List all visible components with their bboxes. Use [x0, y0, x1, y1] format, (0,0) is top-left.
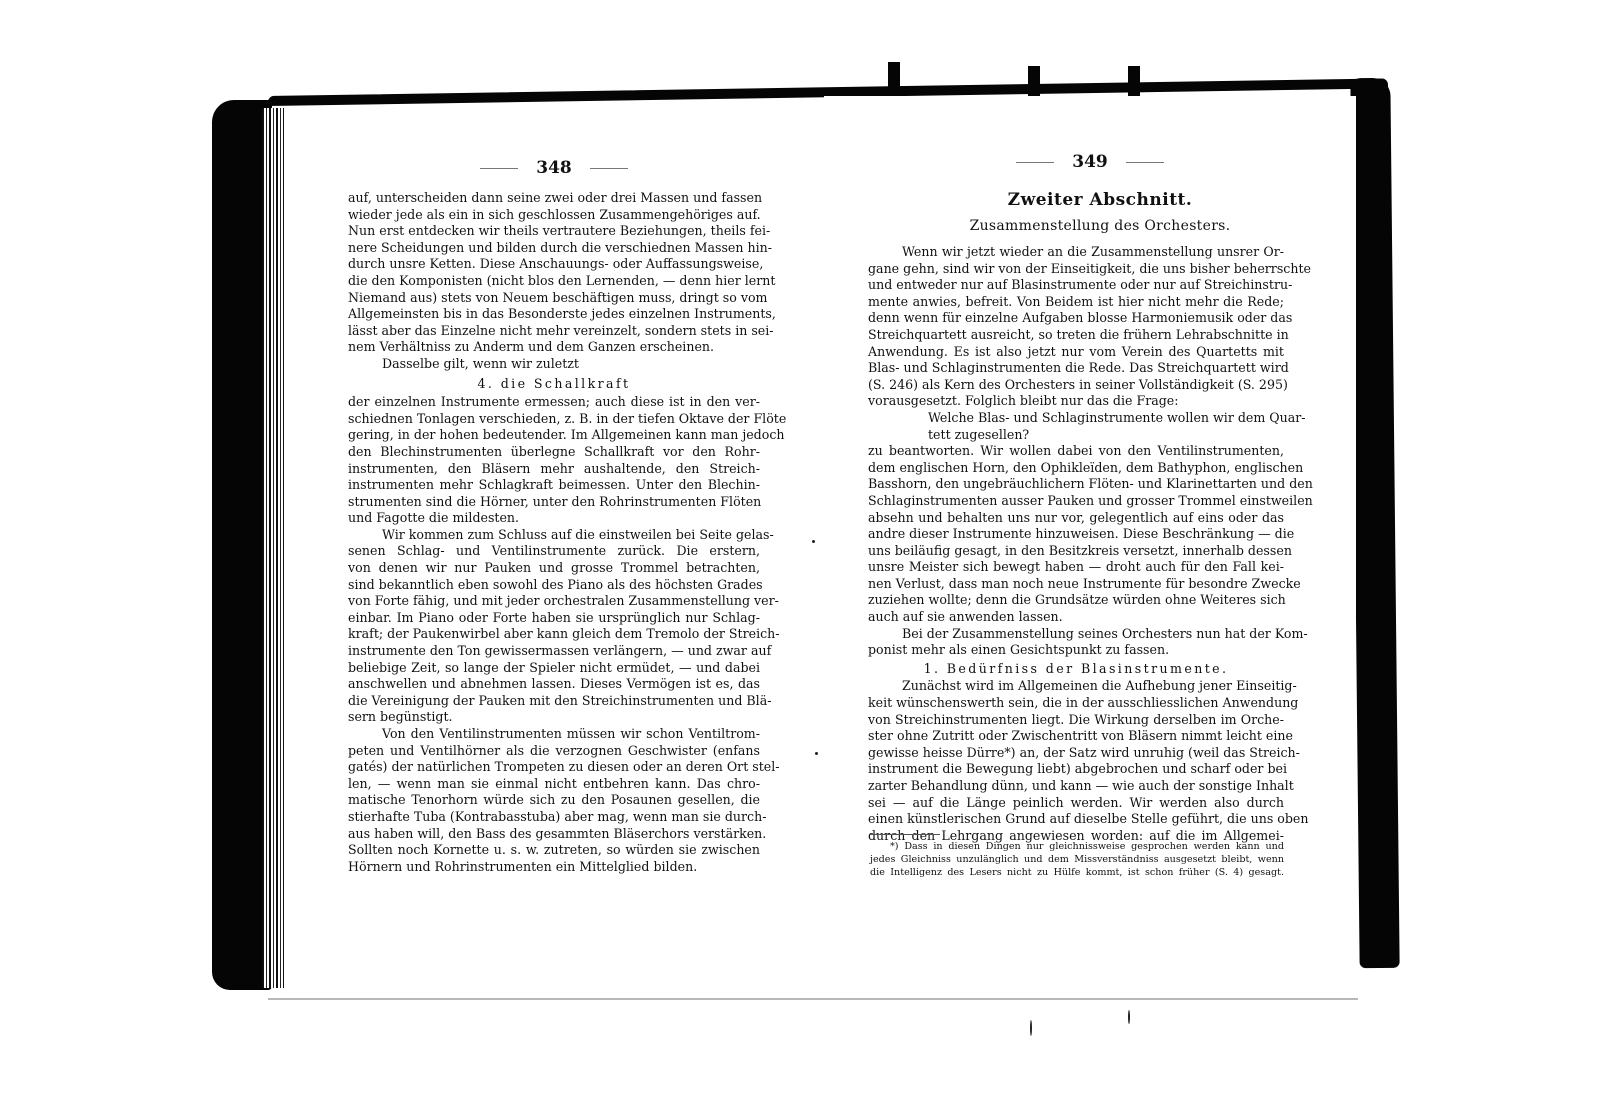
text-line: durch unsre Ketten. Diese Anschauungs- o… — [348, 256, 760, 273]
text-line: instrumenten mehr Schlagkraft beimessen.… — [348, 477, 760, 494]
text-line: instrumente den Ton gewissermassen verlä… — [348, 643, 760, 660]
left-page: 348 auf, unterscheiden dann seine zwei o… — [284, 110, 824, 998]
text-line: von denen wir nur Pauken und grosse Trom… — [348, 560, 760, 577]
footnote-line: *) Dass in diesen Dingen nur gleichnissw… — [870, 840, 1284, 853]
text-line: die Vereinigung der Pauken mit den Strei… — [348, 693, 760, 710]
text-line: nen Verlust, dass man noch neue Instrume… — [868, 576, 1284, 593]
paragraph: Bei der Zusammenstellung seines Orcheste… — [868, 626, 1284, 659]
text-line: dem englischen Horn, den Ophikleïden, de… — [868, 460, 1284, 477]
text-line: nem Verhältniss zu Anderm und dem Ganzen… — [348, 339, 760, 356]
text-line: absehn und behalten uns nur vor, gelegen… — [868, 510, 1284, 527]
text-line: (S. 246) als Kern des Orchesters in sein… — [868, 377, 1284, 394]
block-question: Welche Blas- und Schlaginstrumente wolle… — [868, 410, 1284, 443]
text-line: uns beiläufig gesagt, in den Besitzkreis… — [868, 543, 1284, 560]
paragraph: Zunächst wird im Allgemeinen die Aufhebu… — [868, 678, 1284, 844]
chapter-heading: Zweiter Abschnitt. — [834, 190, 1366, 210]
text-line: nere Scheidungen und bilden durch die ve… — [348, 240, 760, 257]
text-line: ster ohne Zutritt oder Zwischentritt von… — [868, 728, 1284, 745]
page-number: 348 — [284, 158, 824, 178]
text-line: zuziehen wollte; denn die Grundsätze wür… — [868, 592, 1284, 609]
right-page: 349 Zweiter Abschnitt. Zusammenstellung … — [824, 96, 1356, 966]
text-line: aus haben will, den Bass des gesammten B… — [348, 826, 760, 843]
text-line: den Blechinstrumenten überlegne Schallkr… — [348, 444, 760, 461]
text-line: und Fagotte die mildesten. — [348, 510, 760, 527]
text-line: vorausgesetzt. Folglich bleibt nur das d… — [868, 393, 1284, 410]
book-bottom-edge — [268, 998, 1358, 1000]
paragraph: Wir kommen zum Schluss auf die einstweil… — [348, 527, 760, 726]
text-line: mente anwies, befreit. Von Beidem ist hi… — [868, 294, 1284, 311]
text-line: auch auf sie anwenden lassen. — [868, 609, 1284, 626]
text-line: tett zugesellen? — [868, 427, 1284, 444]
paragraph: der einzelnen Instrumente ermessen; auch… — [348, 394, 760, 527]
text-line: auf, unterscheiden dann seine zwei oder … — [348, 190, 760, 207]
text-line: Blas- und Schlaginstrumenten die Rede. D… — [868, 360, 1284, 377]
text-line: Streichquartett ausreicht, so treten die… — [868, 327, 1284, 344]
text-line: Wenn wir jetzt wieder an die Zusammenste… — [868, 244, 1284, 261]
footnote: *) Dass in diesen Dingen nur gleichnissw… — [870, 840, 1284, 879]
page-edges-left — [262, 108, 284, 988]
section-heading: 4. die Schallkraft — [348, 376, 760, 393]
text-line: len, — wenn man sie einmal nicht entbehr… — [348, 776, 760, 793]
text-line: wieder jede als ein in sich geschlossen … — [348, 207, 760, 224]
text-line: einbar. Im Piano oder Forte haben sie ur… — [348, 610, 760, 627]
text-line: instrumenten, den Bläsern mehr aushalten… — [348, 461, 760, 478]
text-line: von Streichinstrumenten liegt. Die Wirku… — [868, 712, 1284, 729]
text-line: zarter Behandlung dünn, und kann — wie a… — [868, 778, 1284, 795]
text-line: Nun erst entdecken wir theils vertrauter… — [348, 223, 760, 240]
scan-speck — [1128, 1010, 1130, 1024]
paragraph: Wenn wir jetzt wieder an die Zusammenste… — [868, 244, 1284, 410]
text-line: Niemand aus) stets von Neuem beschäftige… — [348, 290, 760, 307]
text-line: Welche Blas- und Schlaginstrumente wolle… — [868, 410, 1284, 427]
page-number: 349 — [824, 152, 1356, 172]
text-line: beliebige Zeit, so lange der Spieler nic… — [348, 660, 760, 677]
paragraph: Von den Ventilinstrumenten müssen wir sc… — [348, 726, 760, 875]
text-line: die den Komponisten (nicht blos den Lern… — [348, 273, 760, 290]
text-line: ponist mehr als einen Gesichtspunkt zu f… — [868, 642, 1284, 659]
left-page-body: auf, unterscheiden dann seine zwei oder … — [348, 190, 760, 875]
text-line: schiednen Tonlagen verschieden, z. B. in… — [348, 411, 760, 428]
text-line: Schlaginstrumenten ausser Pauken und gro… — [868, 493, 1284, 510]
scan-speck — [1030, 1020, 1032, 1036]
text-line: lässt aber das Einzelne nicht mehr verei… — [348, 323, 760, 340]
text-line: Allgemeinsten bis in das Besonderste jed… — [348, 306, 760, 323]
text-line: Zunächst wird im Allgemeinen die Aufhebu… — [868, 678, 1284, 695]
book-cover-right — [1350, 78, 1399, 968]
text-line: instrument die Bewegung liebt) abgebroch… — [868, 761, 1284, 778]
text-line: Von den Ventilinstrumenten müssen wir sc… — [348, 726, 760, 743]
text-line: gering, in der hohen bedeutender. Im All… — [348, 427, 760, 444]
text-line: Basshorn, den ungebräuchlichern Flöten- … — [868, 476, 1284, 493]
text-line: unsre Meister sich bewegt haben — droht … — [868, 559, 1284, 576]
section-heading: 1. Bedürfniss der Blasinstrumente. — [868, 661, 1284, 678]
text-line: Wir kommen zum Schluss auf die einstweil… — [348, 527, 760, 544]
text-line: gane gehn, sind wir von der Einseitigkei… — [868, 261, 1284, 278]
text-line: und entweder nur auf Blasinstrumente ode… — [868, 277, 1284, 294]
text-line: Sollten noch Kornette u. s. w. zutreten,… — [348, 842, 760, 859]
text-line: peten und Ventilhörner als die verzognen… — [348, 743, 760, 760]
text-line: Anwendung. Es ist also jetzt nur vom Ver… — [868, 344, 1284, 361]
bookmark-tab — [888, 62, 900, 100]
text-line: andre dieser Instrumente hinzuweisen. Di… — [868, 526, 1284, 543]
text-line: senen Schlag- und Ventilinstrumente zurü… — [348, 543, 760, 560]
text-line: Hörnern und Rohrinstrumenten ein Mittelg… — [348, 859, 760, 876]
text-line: gewisse heisse Dürre*) an, der Satz wird… — [868, 745, 1284, 762]
text-line: keit wünschenswerth sein, die in der aus… — [868, 695, 1284, 712]
text-line: sind bekanntlich eben sowohl des Piano a… — [348, 577, 760, 594]
text-line: strumenten sind die Hörner, unter den Ro… — [348, 494, 760, 511]
scan-speck — [815, 752, 818, 755]
text-line: von Forte fähig, und mit jeder orchestra… — [348, 593, 760, 610]
right-page-body: Wenn wir jetzt wieder an die Zusammenste… — [868, 244, 1284, 844]
text-line: denn wenn für einzelne Aufgaben blosse H… — [868, 310, 1284, 327]
text-line: Dasselbe gilt, wenn wir zuletzt — [348, 356, 760, 373]
text-line: kraft; der Paukenwirbel aber kann gleich… — [348, 626, 760, 643]
paragraph: zu beantworten. Wir wollen dabei von den… — [868, 443, 1284, 626]
text-line: matische Tenorhorn würde sich zu den Pos… — [348, 792, 760, 809]
text-line: gatés) der natürlichen Trompeten zu dies… — [348, 759, 760, 776]
text-line: zu beantworten. Wir wollen dabei von den… — [868, 443, 1284, 460]
text-line: Bei der Zusammenstellung seines Orcheste… — [868, 626, 1284, 643]
footnote-divider — [870, 834, 940, 835]
text-line: anschwellen und abnehmen lassen. Dieses … — [348, 676, 760, 693]
text-line: stierhafte Tuba (Kontrabasstuba) aber ma… — [348, 809, 760, 826]
text-line: einen künstlerischen Grund auf dieselbe … — [868, 811, 1284, 828]
chapter-subheading: Zusammenstellung des Orchesters. — [834, 218, 1366, 234]
text-line: der einzelnen Instrumente ermessen; auch… — [348, 394, 760, 411]
paragraph: auf, unterscheiden dann seine zwei oder … — [348, 190, 760, 356]
footnote-line: die Intelligenz des Lesers nicht zu Hülf… — [870, 866, 1284, 879]
text-line: sern begünstigt. — [348, 709, 760, 726]
text-line: sei — auf die Länge peinlich werden. Wir… — [868, 795, 1284, 812]
footnote-line: jedes Gleichniss unzulänglich und dem Mi… — [870, 853, 1284, 866]
scan-speck — [812, 540, 815, 543]
